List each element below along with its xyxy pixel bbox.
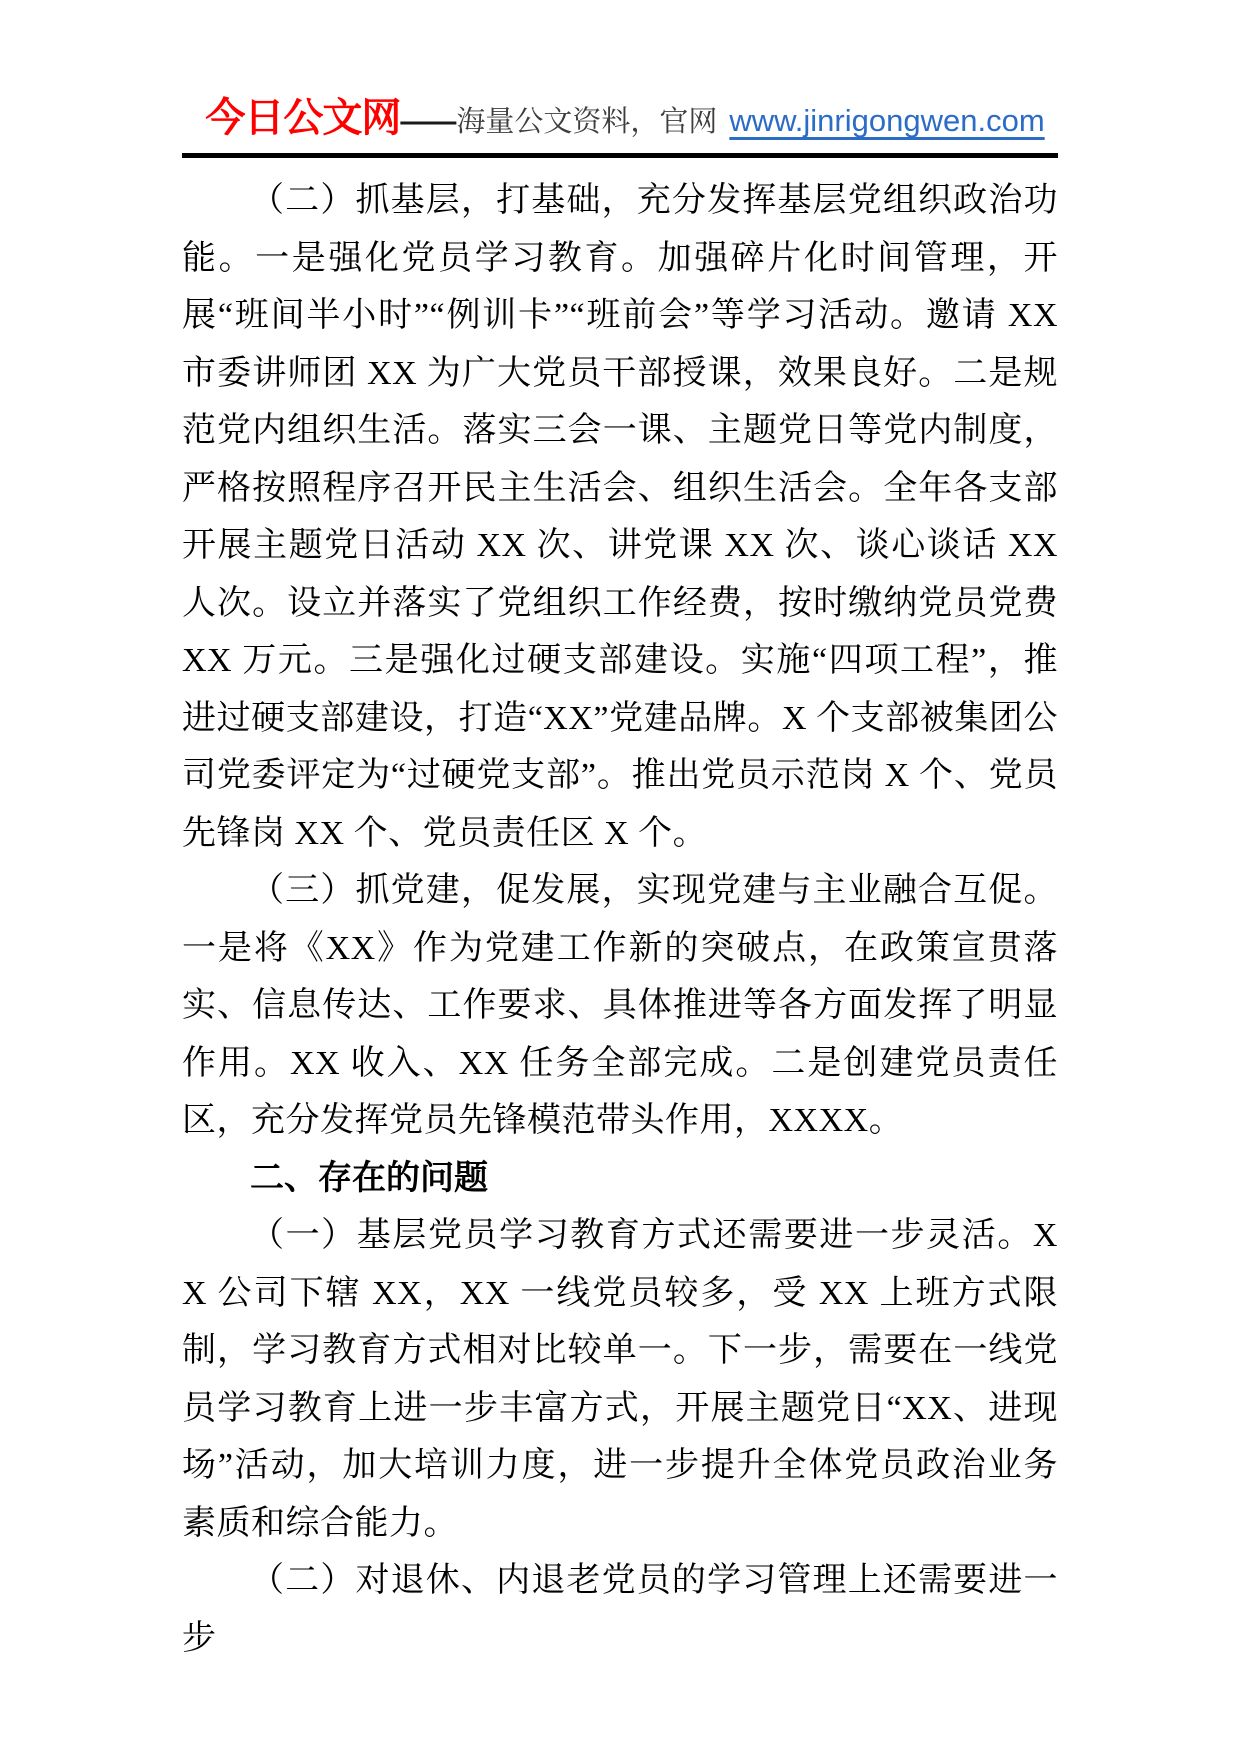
document-page: 今日公文网 —— 海量公文资料，官网 www.jinrigongwen.com … [0,0,1240,1754]
body-paragraph-3: （一）基层党员学习教育方式还需要进一步灵活。XX 公司下辖 XX，XX 一线党员… [182,1207,1058,1552]
header-tagline: 海量公文资料，官网 [456,99,717,140]
site-url-link[interactable]: www.jinrigongwen.com [729,103,1044,139]
site-logo: 今日公文网 [205,86,400,143]
body-paragraph-1: （二）抓基层，打基础，充分发挥基层党组织政治功能。一是强化党员学习教育。加强碎片… [182,172,1058,862]
site-header: 今日公文网 —— 海量公文资料，官网 www.jinrigongwen.com [182,86,1058,143]
body-paragraph-2: （三）抓党建，促发展，实现党建与主业融合互促。一是将《XX》作为党建工作新的突破… [182,862,1058,1150]
header-separator-dash: —— [400,105,452,139]
section-heading-problems: 二、存在的问题 [182,1150,1058,1208]
page-content: 今日公文网 —— 海量公文资料，官网 www.jinrigongwen.com … [182,86,1058,1667]
document-body: （二）抓基层，打基础，充分发挥基层党组织政治功能。一是强化党员学习教育。加强碎片… [182,172,1058,1667]
body-paragraph-4: （二）对退休、内退老党员的学习管理上还需要进一步 [182,1552,1058,1667]
header-rule [182,153,1058,158]
